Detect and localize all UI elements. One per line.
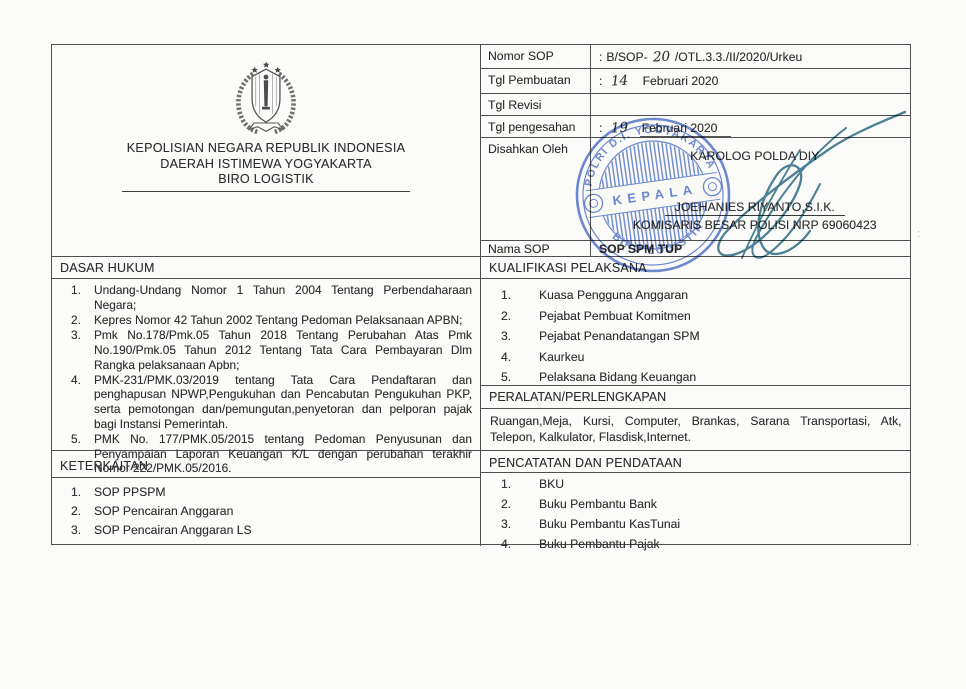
kualifikasi-pelaksana-section: KUALIFIKASI PELAKSANA Kuasa Pengguna Ang… — [481, 257, 911, 386]
org-name-line1: KEPOLISIAN NEGARA REPUBLIK INDONESIA — [52, 141, 480, 157]
approver-title: KAROLOG POLDA DIY — [690, 149, 819, 163]
peralatan-text: Ruangan,Meja, Kursi, Computer, Brankas, … — [481, 409, 911, 451]
dasar-hukum-list: Undang-Undang Nomor 1 Tahun 2004 Tentang… — [52, 283, 480, 476]
list-item: Pelaksana Bidang Keuangan — [501, 370, 911, 385]
list-item: SOP PPSPM — [71, 485, 480, 500]
meta-row-tgl-pembuatan: Tgl Pembuatan :14Februari 2020 — [481, 69, 911, 94]
list-item: PMK-231/PMK.03/2019 tentang Tata Cara Pe… — [71, 373, 472, 432]
list-item: SOP Pencairan Anggaran — [71, 504, 480, 519]
scanned-sop-document-page: KEPOLISIAN NEGARA REPUBLIK INDONESIA DAE… — [0, 0, 966, 689]
nama-sop-label: Nama SOP — [481, 241, 591, 256]
scan-artifact-mark: : — [917, 228, 920, 240]
disahkan-oleh-value: KAROLOG POLDA DIY JOEHANIES RIYANTO,S.I.… — [591, 138, 911, 240]
org-header-cell: KEPOLISIAN NEGARA REPUBLIK INDONESIA DAE… — [52, 45, 481, 257]
tgl-pembuatan-label: Tgl Pembuatan — [481, 69, 591, 93]
dasar-hukum-section: DASAR HUKUM Undang-Undang Nomor 1 Tahun … — [52, 257, 481, 451]
list-item: Kuasa Pengguna Anggaran — [501, 288, 911, 303]
meta-row-disahkan-oleh: Disahkan Oleh KAROLOG POLDA DIY JOEHANIE… — [481, 138, 911, 241]
tgl-pengesahan-label: Tgl pengesahan — [481, 116, 591, 137]
meta-row-tgl-revisi: Tgl Revisi — [481, 94, 911, 116]
list-item: Pejabat Penandatangan SPM — [501, 329, 911, 344]
approver-name: JOEHANIES RIYANTO,S.I.K. — [665, 200, 845, 216]
handwritten-day-pengesahan: 19 — [611, 120, 629, 137]
sop-identity-table: KEPOLISIAN NEGARA REPUBLIK INDONESIA DAE… — [51, 44, 911, 545]
nomor-sop-label: Nomor SOP — [481, 45, 591, 68]
handwritten-sop-number: 20 — [652, 49, 670, 66]
meta-row-nama-sop: Nama SOP SOP SPM TUP — [481, 241, 911, 257]
list-item: Buku Pembantu Bank — [501, 497, 911, 512]
pencatatan-section: PENCATATAN DAN PENDATAAN BKU Buku Pemban… — [481, 451, 911, 546]
pencatatan-list: BKU Buku Pembantu Bank Buku Pembantu Kas… — [481, 477, 911, 552]
scan-artifact-mark: · — [916, 539, 920, 551]
peralatan-title: PERALATAN/PERLENGKAPAN — [481, 386, 911, 409]
org-name-line3: BIRO LOGISTIK — [52, 172, 480, 188]
dasar-hukum-title: DASAR HUKUM — [52, 257, 480, 279]
tgl-revisi-value — [591, 94, 911, 115]
pencatatan-title: PENCATATAN DAN PENDATAAN — [481, 451, 911, 473]
meta-row-nomor-sop: Nomor SOP :B/SOP-20/OTL.3.3./II/2020/Urk… — [481, 45, 911, 69]
keterkaitan-list: SOP PPSPM SOP Pencairan Anggaran SOP Pen… — [52, 485, 480, 538]
handwritten-day-pembuatan: 14 — [611, 73, 629, 90]
list-item: Pejabat Pembuat Komitmen — [501, 309, 911, 324]
org-name-line2: DAERAH ISTIMEWA YOGYAKARTA — [52, 157, 480, 173]
kualifikasi-list: Kuasa Pengguna Anggaran Pejabat Pembuat … — [481, 288, 911, 385]
list-item: Kepres Nomor 42 Tahun 2002 Tentang Pedom… — [71, 313, 472, 328]
nomor-sop-value: :B/SOP-20/OTL.3.3./II/2020/Urkeu — [591, 45, 911, 68]
polri-emblem-logo — [221, 58, 311, 136]
keterkaitan-title: KETERKAITAN — [52, 451, 480, 478]
list-item: Buku Pembantu KasTunai — [501, 517, 911, 532]
tgl-revisi-label: Tgl Revisi — [481, 94, 591, 115]
list-item: Undang-Undang Nomor 1 Tahun 2004 Tentang… — [71, 283, 472, 312]
tgl-pengesahan-value: :19Februari 2020 — [591, 116, 911, 137]
keterkaitan-section: KETERKAITAN SOP PPSPM SOP Pencairan Angg… — [52, 451, 481, 546]
org-header-underline — [122, 191, 410, 192]
approver-rank-nrp: KOMISARIS BESAR POLISI NRP 69060423 — [633, 218, 877, 232]
list-item: SOP Pencairan Anggaran LS — [71, 523, 480, 538]
disahkan-oleh-label: Disahkan Oleh — [481, 138, 591, 240]
nama-sop-value: SOP SPM TUP — [591, 241, 911, 256]
tgl-pembuatan-value: :14Februari 2020 — [591, 69, 911, 93]
meta-row-tgl-pengesahan: Tgl pengesahan :19Februari 2020 — [481, 116, 911, 138]
list-item: Pmk No.178/Pmk.05 Tahun 2018 Tentang Per… — [71, 328, 472, 372]
list-item: Buku Pembantu Pajak — [501, 537, 911, 552]
list-item: BKU — [501, 477, 911, 492]
list-item: Kaurkeu — [501, 350, 911, 365]
kualifikasi-title: KUALIFIKASI PELAKSANA — [481, 257, 911, 279]
